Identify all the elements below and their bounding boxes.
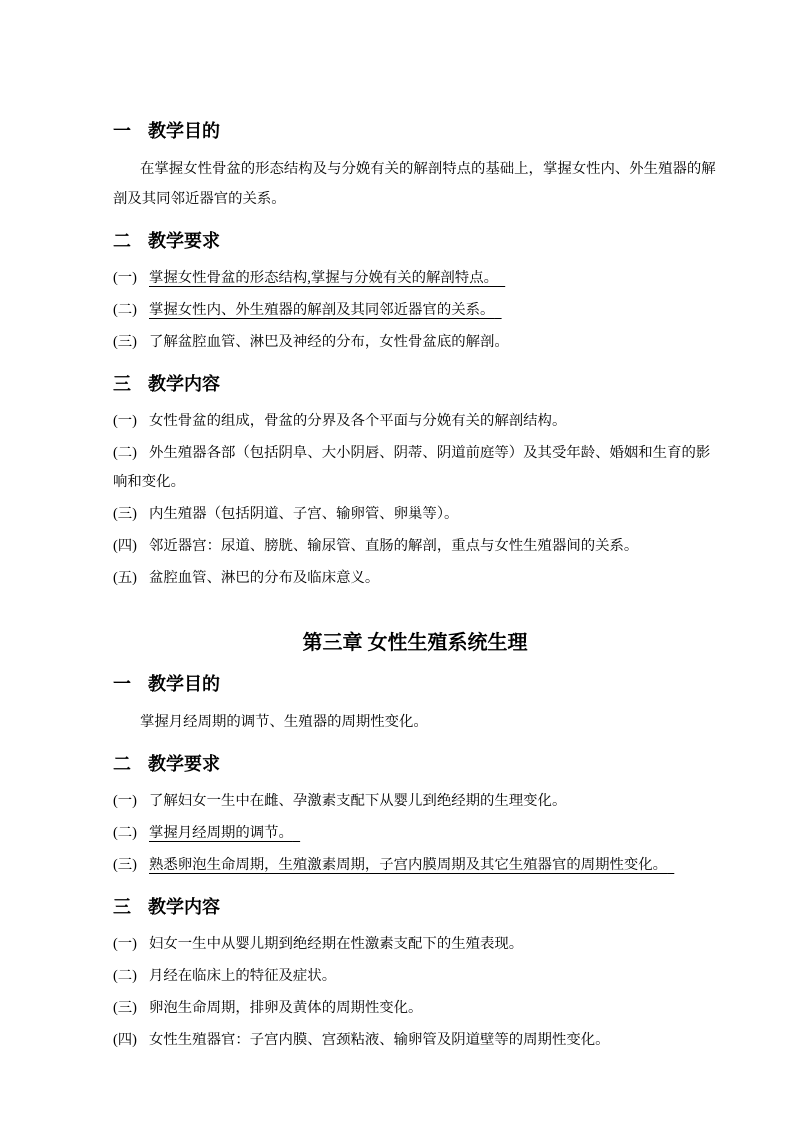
heading-number: 一 <box>113 118 148 144</box>
ch3-purpose-heading: 一教学目的 <box>113 671 717 697</box>
ch2-content-item: (二)外生殖器各部（包括阴阜、大小阴唇、阴蒂、阴道前庭等）及其受年龄、婚姻和生育… <box>113 439 717 497</box>
ch2-requirements-heading: 二教学要求 <box>113 228 717 254</box>
list-item-text: 了解妇女一生中在雌、孕激素支配下从婴儿到绝经期的生理变化。 <box>149 793 566 809</box>
heading-number: 三 <box>113 894 148 920</box>
list-item-text: 月经在临床上的特征及症状。 <box>149 968 336 984</box>
ch2-requirement-item: (二)掌握女性内、外生殖器的解剖及其同邻近器官的关系。 <box>113 296 717 325</box>
list-item-marker: (一) <box>113 787 149 816</box>
heading-title: 教学目的 <box>148 674 220 694</box>
heading-number: 三 <box>113 371 148 397</box>
list-item-text: 邻近器宫：尿道、膀胱、输尿管、直肠的解剖，重点与女性生殖器间的关系。 <box>149 538 638 554</box>
ch2-content-item: (一)女性骨盆的组成，骨盆的分界及各个平面与分娩有关的解剖结构。 <box>113 407 717 436</box>
ch2-content-item: (三)内生殖器（包括阴道、子宫、输卵管、卵巢等）。 <box>113 500 717 529</box>
list-item-text: 妇女一生中从婴儿期到绝经期在性激素支配下的生殖表现。 <box>149 936 523 952</box>
heading-title: 教学目的 <box>148 121 220 141</box>
list-item-text: 掌握月经周期的调节。 <box>149 825 300 841</box>
document-page: 一教学目的 在掌握女性骨盆的形态结构及与分娩有关的解剖特点的基础上，掌握女性内、… <box>0 0 793 1122</box>
list-item-text: 内生殖器（包括阴道、子宫、输卵管、卵巢等）。 <box>149 506 458 522</box>
ch2-purpose-paragraph: 在掌握女性骨盆的形态结构及与分娩有关的解剖特点的基础上，掌握女性内、外生殖器的解… <box>113 154 717 214</box>
chapter-title: 第三章 女性生殖系统生理 <box>113 629 717 657</box>
list-item-marker: (四) <box>113 532 149 561</box>
ch2-content-item: (四)邻近器宫：尿道、膀胱、输尿管、直肠的解剖，重点与女性生殖器间的关系。 <box>113 532 717 561</box>
list-item-text: 掌握女性骨盆的形态结构,掌握与分娩有关的解剖特点。 <box>149 270 505 286</box>
list-item-marker: (三) <box>113 994 149 1023</box>
document-content: 一教学目的 在掌握女性骨盆的形态结构及与分娩有关的解剖特点的基础上，掌握女性内、… <box>113 118 717 1055</box>
heading-title: 教学要求 <box>148 231 220 251</box>
list-item-text: 女性生殖器官：子宫内膜、宫颈粘液、输卵管及阴道壁等的周期性变化。 <box>149 1032 610 1048</box>
list-item-marker: (二) <box>113 819 149 848</box>
ch3-requirement-item: (三)熟悉卵泡生命周期，生殖激素周期，子宫内膜周期及其它生殖器官的周期性变化。 <box>113 851 717 880</box>
ch3-content-item: (三)卵泡生命周期，排卵及黄体的周期性变化。 <box>113 994 717 1023</box>
list-item-marker: (一) <box>113 407 149 436</box>
ch2-content-item: (五)盆腔血管、淋巴的分布及临床意义。 <box>113 564 717 593</box>
list-item-text: 了解盆腔血管、淋巴及神经的分布，女性骨盆底的解剖。 <box>149 334 509 350</box>
list-item-text: 盆腔血管、淋巴的分布及临床意义。 <box>149 570 379 586</box>
heading-number: 一 <box>113 671 148 697</box>
list-item-marker: (三) <box>113 500 149 529</box>
list-item-marker: (五) <box>113 564 149 593</box>
list-item-marker: (三) <box>113 851 149 880</box>
ch2-requirement-item: (三)了解盆腔血管、淋巴及神经的分布，女性骨盆底的解剖。 <box>113 328 717 357</box>
list-item-marker: (四) <box>113 1026 149 1055</box>
ch3-content-item: (二)月经在临床上的特征及症状。 <box>113 962 717 991</box>
ch2-content-heading: 三教学内容 <box>113 371 717 397</box>
list-item-text: 女性骨盆的组成，骨盆的分界及各个平面与分娩有关的解剖结构。 <box>149 413 566 429</box>
list-item-marker: (二) <box>113 296 149 325</box>
ch3-purpose-paragraph: 掌握月经周期的调节、生殖器的周期性变化。 <box>113 707 717 737</box>
ch3-content-item: (一)妇女一生中从婴儿期到绝经期在性激素支配下的生殖表现。 <box>113 930 717 959</box>
list-item-text: 掌握女性内、外生殖器的解剖及其同邻近器官的关系。 <box>149 302 502 318</box>
list-item-text: 卵泡生命周期，排卵及黄体的周期性变化。 <box>149 1000 422 1016</box>
heading-number: 二 <box>113 228 148 254</box>
ch3-requirement-item: (二)掌握月经周期的调节。 <box>113 819 717 848</box>
heading-title: 教学内容 <box>148 897 220 917</box>
list-item-text: 外生殖器各部（包括阴阜、大小阴唇、阴蒂、阴道前庭等）及其受年龄、婚姻和生育的影响… <box>113 445 710 490</box>
ch3-requirement-item: (一)了解妇女一生中在雌、孕激素支配下从婴儿到绝经期的生理变化。 <box>113 787 717 816</box>
ch2-purpose-heading: 一教学目的 <box>113 118 717 144</box>
ch3-requirements-heading: 二教学要求 <box>113 751 717 777</box>
ch3-content-heading: 三教学内容 <box>113 894 717 920</box>
heading-number: 二 <box>113 751 148 777</box>
list-item-marker: (二) <box>113 439 149 468</box>
list-item-text: 熟悉卵泡生命周期，生殖激素周期，子宫内膜周期及其它生殖器官的周期性变化。 <box>149 857 674 873</box>
ch2-requirement-item: (一)掌握女性骨盆的形态结构,掌握与分娩有关的解剖特点。 <box>113 264 717 293</box>
list-item-marker: (三) <box>113 328 149 357</box>
list-item-marker: (二) <box>113 962 149 991</box>
heading-title: 教学要求 <box>148 754 220 774</box>
ch3-content-item: (四)女性生殖器官：子宫内膜、宫颈粘液、输卵管及阴道壁等的周期性变化。 <box>113 1026 717 1055</box>
heading-title: 教学内容 <box>148 374 220 394</box>
list-item-marker: (一) <box>113 264 149 293</box>
list-item-marker: (一) <box>113 930 149 959</box>
